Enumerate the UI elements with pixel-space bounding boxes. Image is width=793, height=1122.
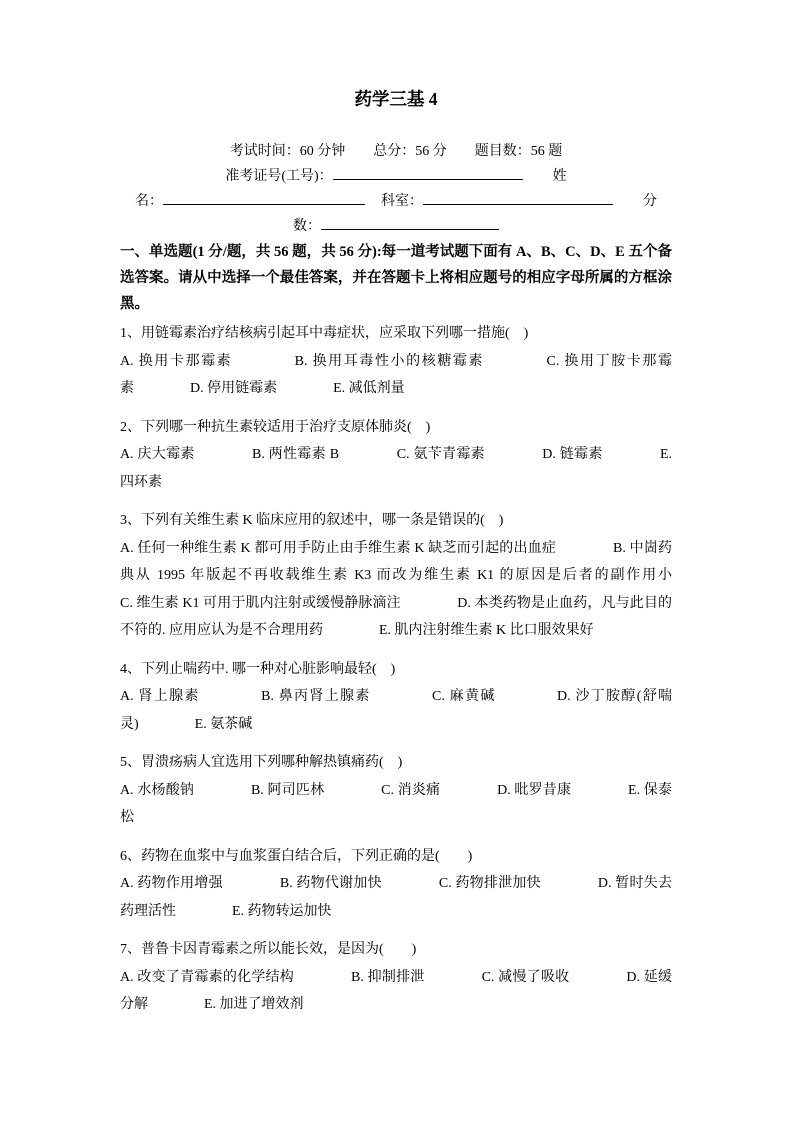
- score-label-part2: 数：: [293, 219, 321, 234]
- option: A. 水杨酸钠: [120, 783, 194, 798]
- admission-number-blank: [333, 164, 523, 180]
- option: A. 庆大霉素: [120, 447, 195, 462]
- question-stem: 6、药物在血浆中与血浆蛋白结合后，下列正确的是( ): [120, 843, 672, 871]
- exam-info: 考试时间：60 分钟 总分：56 分 题目数：56 题: [120, 139, 672, 164]
- question-options: A. 改变了青霉素的化学结构 B. 抑制排泄 C. 减慢了吸收 D. 延缓分解 …: [120, 964, 672, 1019]
- option-gap: [672, 568, 728, 583]
- exam-info-label: 考试时间：: [230, 144, 300, 159]
- option: E. 药物转运加快: [232, 904, 332, 919]
- option-gap: [134, 381, 190, 396]
- option-gap: [571, 783, 628, 798]
- option: E. 肌内注射维生素 K 比口服效果好: [379, 623, 594, 638]
- option-gap: [223, 876, 280, 891]
- option: B. 鼻丙肾上腺素: [261, 689, 371, 704]
- exam-paper-page: 药学三基 4 考试时间：60 分钟 总分：56 分 题目数：56 题 准考证号(…: [0, 0, 793, 1122]
- question-options: A. 庆大霉素 B. 两性霉素 B C. 氨苄青霉素 D. 链霉素 E. 四环素: [120, 441, 672, 496]
- department-label: 科室：: [381, 194, 423, 209]
- option: D. 停用链霉素: [190, 381, 277, 396]
- score-label-part1: 分: [643, 194, 657, 209]
- option-gap: [496, 689, 557, 704]
- exam-info-label: 题目数：: [475, 144, 531, 159]
- option-gap: [232, 354, 294, 369]
- option: B. 药物代谢加快: [280, 876, 382, 891]
- option-gap: [324, 783, 381, 798]
- option-gap: [339, 447, 397, 462]
- option: C. 药物排泄加快: [439, 876, 541, 891]
- question-3: 3、下列有关维生素 K 临床应用的叙述中，哪一条是错误的( )A. 任何一种维生…: [120, 507, 672, 645]
- option-gap: [294, 970, 351, 985]
- candidate-fields: 准考证号(工号)：姓 名：科室：分 数：: [120, 164, 672, 239]
- option: C. 减慢了吸收: [482, 970, 570, 985]
- question-options: A. 换用卡那霉素 B. 换用耳毒性小的核糖霉素 C. 换用丁胺卡那霉素 D. …: [120, 348, 672, 403]
- option-gap: [176, 904, 232, 919]
- exam-info-label: 总分：: [373, 144, 415, 159]
- question-stem: 3、下列有关维生素 K 临床应用的叙述中，哪一条是错误的( ): [120, 507, 672, 535]
- option: A. 肾上腺素: [120, 689, 200, 704]
- question-stem: 4、下列止喘药中. 哪一种对心脏影响最轻( ): [120, 656, 672, 684]
- option: E. 氨茶碱: [195, 717, 253, 732]
- name-label-part2: 名：: [135, 194, 163, 209]
- admission-number-label: 准考证号(工号)：: [225, 169, 332, 184]
- option-gap: [382, 876, 439, 891]
- exam-info-item: 题目数：56 题: [475, 144, 563, 159]
- option: A. 任何一种维生素 K 都可用手防止由手维生素 K 缺芝而引起的出血症: [120, 541, 556, 556]
- field-line-2: 名：科室：分: [120, 189, 672, 214]
- section-instructions: 一、单选题(1 分/题，共 56 题，共 56 分):每一道考试题下面有 A、B…: [120, 239, 672, 317]
- field-line-3: 数：: [120, 214, 672, 239]
- exam-info-item: 考试时间：60 分钟: [230, 144, 346, 159]
- exam-info-item: 总分：56 分: [373, 144, 447, 159]
- question-options: A. 肾上腺素 B. 鼻丙肾上腺素 C. 麻黄碱 D. 沙丁胺醇(舒喘灵) E.…: [120, 683, 672, 738]
- option-gap: [425, 970, 482, 985]
- exam-info-value: 60 分钟: [300, 144, 346, 159]
- question-options: A. 药物作用增强 B. 药物代谢加快 C. 药物排泄加快 D. 暂时失去药理活…: [120, 870, 672, 925]
- name-label-part1: 姓: [553, 169, 567, 184]
- question-stem: 5、胃溃疡病人宜选用下列哪种解热镇痛药( ): [120, 749, 672, 777]
- question-stem: 2、下列哪一种抗生素较适用于治疗支原体肺炎( ): [120, 414, 672, 442]
- name-blank: [163, 189, 365, 205]
- option-gap: [401, 596, 457, 611]
- question-stem: 1、用链霉素治疗结核病引起耳中毒症状，应采取下列哪一措施( ): [120, 320, 672, 348]
- field-line-1: 准考证号(工号)：姓: [120, 164, 672, 189]
- question-2: 2、下列哪一种抗生素较适用于治疗支原体肺炎( )A. 庆大霉素 B. 两性霉素 …: [120, 414, 672, 497]
- question-7: 7、普鲁卡因青霉素之所以能长效，是因为( )A. 改变了青霉素的化学结构 B. …: [120, 936, 672, 1019]
- option: D. 链霉素: [542, 447, 602, 462]
- option-gap: [371, 689, 432, 704]
- option: C. 麻黄碱: [432, 689, 496, 704]
- option-gap: [277, 381, 333, 396]
- option-gap: [139, 717, 195, 732]
- option-gap: [569, 970, 626, 985]
- exam-info-value: 56 分: [415, 144, 447, 159]
- option-gap: [323, 623, 379, 638]
- option-gap: [195, 447, 252, 462]
- option: C. 消炎痛: [381, 783, 440, 798]
- department-blank: [423, 189, 613, 205]
- option-gap: [603, 447, 660, 462]
- option-gap: [541, 876, 598, 891]
- option: B. 换用耳毒性小的核糖霉素: [295, 354, 484, 369]
- question-6: 6、药物在血浆中与血浆蛋白结合后，下列正确的是( )A. 药物作用增强 B. 药…: [120, 843, 672, 926]
- option-gap: [200, 689, 261, 704]
- option: E. 加进了增效剂: [204, 997, 304, 1012]
- option: B. 两性霉素 B: [252, 447, 339, 462]
- question-5: 5、胃溃疡病人宜选用下列哪种解热镇痛药( )A. 水杨酸钠 B. 阿司匹林 C.…: [120, 749, 672, 832]
- questions: 1、用链霉素治疗结核病引起耳中毒症状，应采取下列哪一措施( )A. 换用卡那霉素…: [120, 320, 672, 1019]
- option: C. 维生素 K1 可用于肌内注射或缓慢静脉滴注: [120, 596, 401, 611]
- option-gap: [485, 447, 542, 462]
- option-gap: [484, 354, 546, 369]
- option: B. 阿司匹林: [251, 783, 324, 798]
- page-title: 药学三基 4: [120, 86, 672, 112]
- option-gap: [440, 783, 497, 798]
- option: B. 抑制排泄: [351, 970, 425, 985]
- option-gap: [556, 541, 613, 556]
- option: C. 氨苄青霉素: [397, 447, 485, 462]
- question-4: 4、下列止喘药中. 哪一种对心脏影响最轻( )A. 肾上腺素 B. 鼻丙肾上腺素…: [120, 656, 672, 739]
- question-options: A. 任何一种维生素 K 都可用手防止由手维生素 K 缺芝而引起的出血症 B. …: [120, 535, 672, 645]
- option: A. 换用卡那霉素: [120, 354, 232, 369]
- option: A. 改变了青霉素的化学结构: [120, 970, 294, 985]
- option-gap: [148, 997, 204, 1012]
- question-options: A. 水杨酸钠 B. 阿司匹林 C. 消炎痛 D. 吡罗昔康 E. 保泰松: [120, 777, 672, 832]
- option-gap: [194, 783, 251, 798]
- exam-info-value: 56 题: [531, 144, 563, 159]
- score-blank: [321, 214, 499, 230]
- question-1: 1、用链霉素治疗结核病引起耳中毒症状，应采取下列哪一措施( )A. 换用卡那霉素…: [120, 320, 672, 403]
- option: D. 吡罗昔康: [497, 783, 571, 798]
- option: E. 减低剂量: [333, 381, 405, 396]
- question-stem: 7、普鲁卡因青霉素之所以能长效，是因为( ): [120, 936, 672, 964]
- option: A. 药物作用增强: [120, 876, 223, 891]
